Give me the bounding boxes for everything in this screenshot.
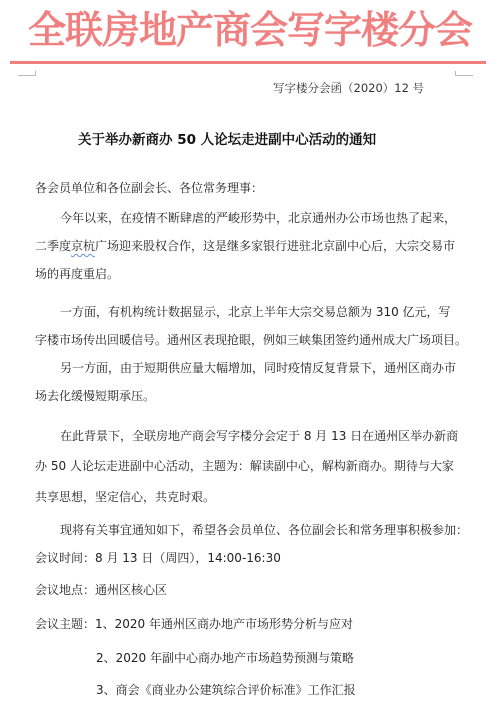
meeting-time-value: 8 月 13 日（周四），14:00-16:30 [95,551,281,565]
salutation: 各会员单位和各位副会长、各位常务理事： [35,178,460,198]
paragraph-5-line-1: 现将有关事宜通知如下，希望各会员单位、各位副会长和常务理事积极参加： [60,520,485,540]
meeting-topic-text: 1、2020 年通州区商办地产市场形势分析与应对 [95,617,353,631]
meeting-topics-label: 会议主题： [35,617,95,631]
paragraph-1-line-2: 二季度京杭广场迎来股权合作，这是继多家银行进驻北京副中心后，大宗交易市 [35,236,460,256]
meeting-time: 会议时间：8 月 13 日（周四），14:00-16:30 [35,548,460,568]
meeting-location-label: 会议地点： [35,583,95,597]
document-title: 关于举办新商办 50 人论坛走进副中心活动的通知 [78,130,376,150]
meeting-location: 会议地点：通州区核心区 [35,580,460,600]
paragraph-1-text: 二季度 [35,239,71,253]
meeting-time-label: 会议时间： [35,551,95,565]
margin-corner-mark-left [18,75,36,76]
paragraph-4-line-3: 共享思想，坚定信心，共克时艰。 [35,487,460,507]
paragraph-1-line-3: 场的再度重启。 [35,264,460,284]
paragraph-2-line-2: 字楼市场传出回暖信号。通州区表现抢眼，例如三峡集团签约通州成大广场项目。 [35,330,460,350]
spellcheck-flagged-word[interactable]: 京杭 [71,239,95,253]
margin-corner-mark-right [455,75,473,76]
letterhead-title: 全联房地产商会写字楼分会 [10,6,490,54]
paragraph-3-line-2: 场去化缓慢短期承压。 [35,386,460,406]
letterhead-red-rule [10,61,486,64]
paragraph-1-text: 广场迎来股权合作，这是继多家银行进驻北京副中心后，大宗交易市 [95,239,455,253]
meeting-topic-1: 会议主题：1、2020 年通州区商办地产市场形势分析与应对 [35,614,460,634]
paragraph-1-line-1: 今年以来，在疫情不断肆虐的严峻形势中，北京通州办公市场也热了起来， [60,208,485,228]
paragraph-4-line-1: 在此背景下，全联房地产商会写字楼分会定于 8 月 13 日在通州区举办新商 [60,426,485,446]
paragraph-4-line-2: 办 50 人论坛走进副中心活动，主题为：解读副中心，解构新商办。期待与大家 [35,456,460,476]
meeting-topic-3: 3、商会《商业办公建筑综合评价标准》工作汇报 [96,680,500,700]
paragraph-2-line-1: 一方面，有机构统计数据显示，北京上半年大宗交易总额为 310 亿元，写 [60,302,485,322]
meeting-topic-2: 2、2020 年副中心商办地产市场趋势预测与策略 [96,648,500,668]
document-page: 全联房地产商会写字楼分会 写字楼分会函（2020）12 号 关于举办新商办 50… [0,0,500,707]
meeting-location-value: 通州区核心区 [95,583,167,597]
paragraph-3-line-1: 另一方面，由于短期供应量大幅增加，同时疫情反复背景下，通州区商办市 [60,358,485,378]
document-number: 写字楼分会函（2020）12 号 [273,80,424,96]
